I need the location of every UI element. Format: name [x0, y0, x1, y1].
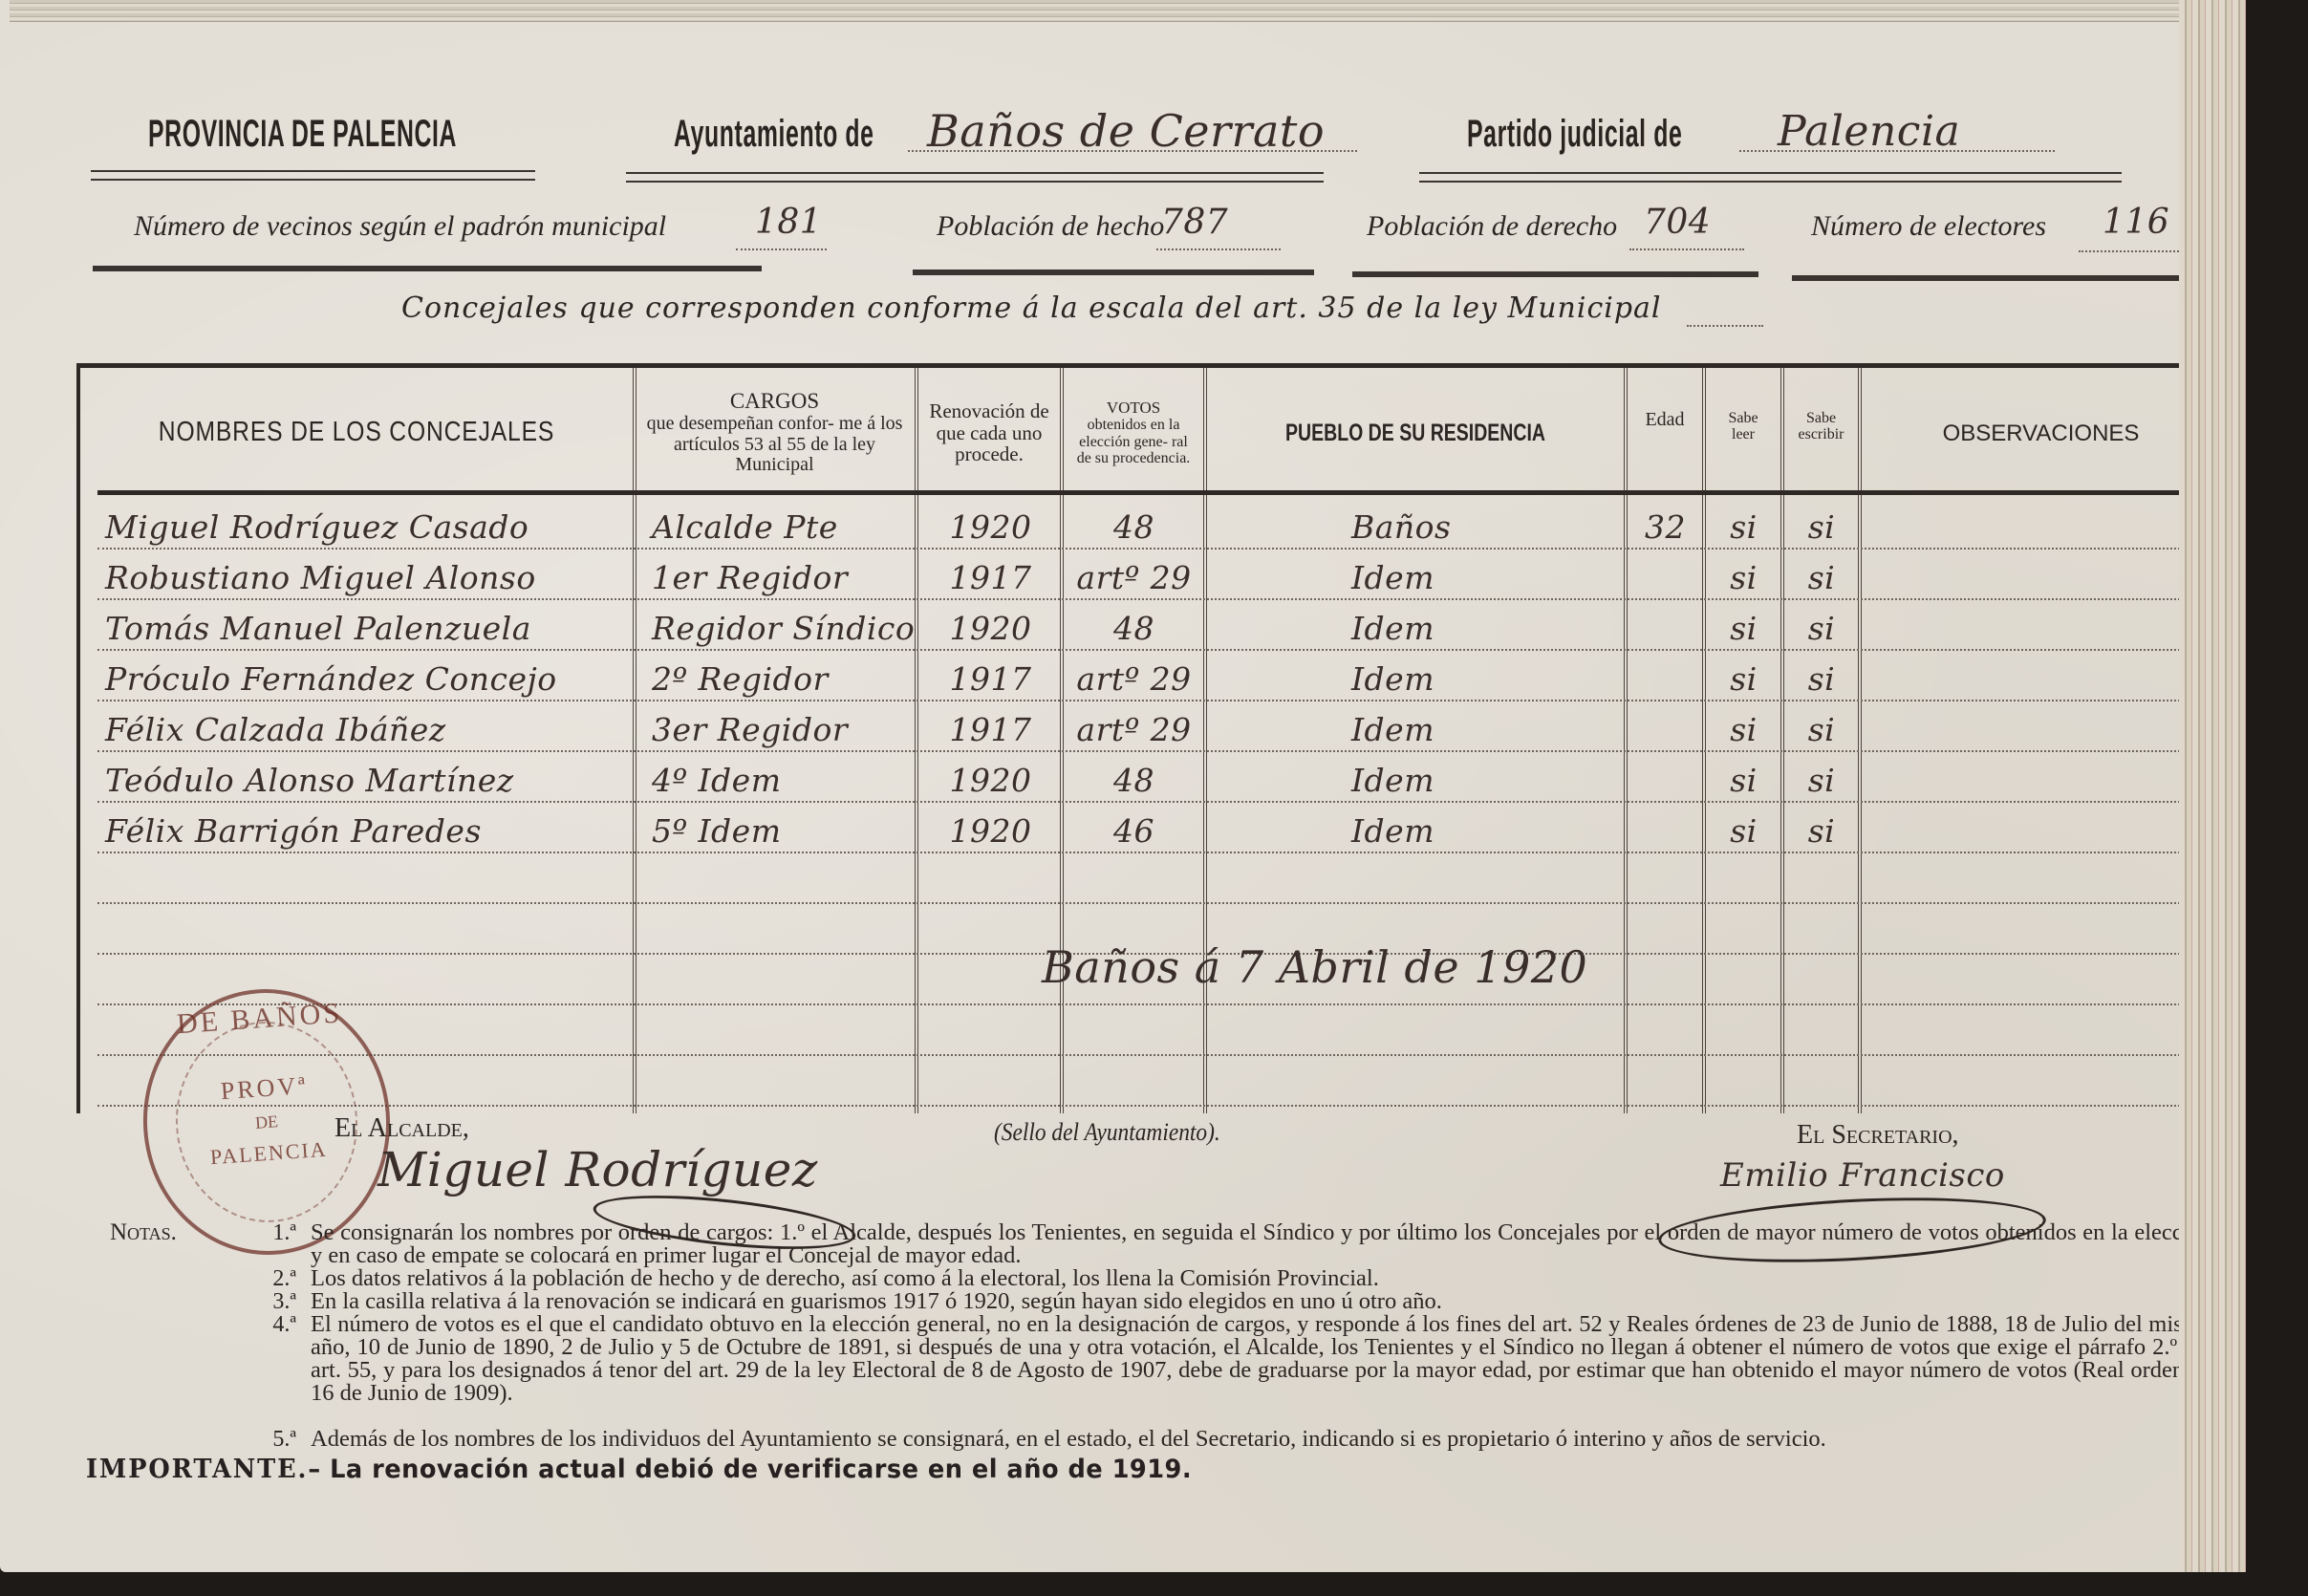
cell-pueblo: Idem — [1208, 549, 1624, 600]
cell-observaciones — [1863, 498, 2216, 550]
column-header-nombres: NOMBRES DE LOS CONCEJALES — [121, 376, 591, 490]
column-header-pueblo: PUEBLO DE SU RESIDENCIA — [1253, 376, 1578, 490]
vecinos-label: Número de vecinos según el padrón munici… — [134, 210, 666, 243]
cell-pueblo: Idem — [1208, 599, 1624, 651]
cell-pueblo: Idem — [1208, 701, 1624, 752]
cell-observaciones — [1863, 599, 2216, 651]
header-divider — [91, 170, 535, 181]
cell-sabe-escribir: si — [1785, 751, 1858, 803]
poblacion-derecho-label: Población de derecho — [1367, 210, 1617, 243]
cell-nombre: Tomás Manuel Palenzuela — [97, 599, 633, 651]
importante-label: IMPORTANTE. — [86, 1455, 308, 1484]
cell-pueblo: Baños — [1208, 498, 1624, 550]
header-divider — [626, 172, 1324, 183]
cell-votos: artº 29 — [1065, 549, 1203, 600]
cell-edad — [1629, 751, 1702, 803]
cell-votos: 48 — [1065, 751, 1203, 803]
cargos-subtitle: que desempeñan confor- me á los artículo… — [646, 414, 904, 476]
table-row: Miguel Rodríguez CasadoAlcalde Pte192048… — [80, 498, 2226, 550]
cell-sabe-escribir: si — [1785, 599, 1858, 651]
cell-edad — [1629, 599, 1702, 651]
column-header-renovacion: Renovación de que cada uno procede. — [918, 376, 1060, 490]
cell-votos: artº 29 — [1065, 650, 1203, 701]
table-row: Tomás Manuel PalenzuelaRegidor Síndico19… — [80, 599, 2226, 651]
cell-sabe-leer: si — [1707, 498, 1780, 550]
poblacion-hecho-field — [1156, 248, 1281, 250]
row-dotted-line — [97, 1105, 2226, 1107]
column-header-votos: VOTOS obtenidos en la elección gene- ral… — [1064, 376, 1203, 490]
sello-label: (Sello del Ayuntamiento). — [994, 1118, 1220, 1147]
cell-sabe-escribir: si — [1785, 549, 1858, 600]
column-header-observaciones: OBSERVACIONES — [1862, 376, 2220, 490]
alcalde-signature: Miguel Rodríguez — [377, 1142, 818, 1197]
stats-divider — [93, 266, 762, 271]
note-number: 5.ª — [258, 1428, 296, 1451]
cell-sabe-leer: si — [1707, 751, 1780, 803]
cell-sabe-leer: si — [1707, 599, 1780, 651]
cell-renovacion: 1917 — [921, 701, 1060, 752]
cell-pueblo: Idem — [1208, 751, 1624, 803]
column-header-edad: Edad — [1628, 376, 1702, 490]
cell-nombre: Próculo Fernández Concejo — [97, 650, 633, 701]
cell-pueblo: Idem — [1208, 650, 1624, 701]
table-row: Robustiano Miguel Alonso1er Regidor1917a… — [80, 549, 2226, 600]
partido-value: Palencia — [1778, 107, 1960, 156]
cell-sabe-leer: si — [1707, 701, 1780, 752]
vecinos-field — [736, 248, 827, 250]
cell-observaciones — [1863, 650, 2216, 701]
scale-title: Concejales que corresponden conforme á l… — [401, 291, 1662, 325]
cell-observaciones — [1863, 549, 2216, 600]
column-header-sabe-leer: Sabe leer — [1706, 376, 1780, 490]
cell-nombre: Teódulo Alonso Martínez — [97, 751, 633, 803]
note-text: Además de los nombres de los individuos … — [311, 1428, 2212, 1451]
stats-divider — [913, 270, 1314, 275]
cell-observaciones — [1863, 701, 2216, 752]
cell-sabe-leer: si — [1707, 802, 1780, 853]
votos-subtitle: obtenidos en la elección gene- ral de su… — [1074, 417, 1194, 466]
cell-nombre: Robustiano Miguel Alonso — [97, 549, 633, 600]
electores-value: 116 — [2103, 203, 2169, 242]
table-row — [80, 1004, 2226, 1056]
note-number: 4.ª — [258, 1313, 296, 1336]
stats-divider — [1792, 275, 2198, 281]
poblacion-hecho-label: Población de hecho — [937, 210, 1164, 243]
cell-edad — [1629, 701, 1702, 752]
column-header-cargos: CARGOS que desempeñan confor- me á los a… — [635, 376, 915, 490]
cell-observaciones — [1863, 802, 2216, 853]
table-row: Próculo Fernández Concejo2º Regidor1917a… — [80, 650, 2226, 701]
header-divider — [1419, 172, 2122, 183]
note-number: 3.ª — [258, 1290, 296, 1313]
cell-observaciones — [1863, 751, 2216, 803]
note-text: En la casilla relativa á la renovación s… — [311, 1290, 2212, 1313]
cell-sabe-escribir: si — [1785, 701, 1858, 752]
cell-sabe-escribir: si — [1785, 650, 1858, 701]
header-separator — [97, 490, 2220, 495]
cell-edad — [1629, 650, 1702, 701]
alcalde-label: El Alcalde, — [334, 1113, 469, 1144]
scale-title-fill — [1687, 325, 1763, 327]
cell-cargo: 4º Idem — [636, 751, 914, 803]
cell-cargo: 2º Regidor — [636, 650, 914, 701]
electores-field — [2079, 250, 2179, 252]
column-header-sabe-escribir: Sabe escribir — [1784, 376, 1858, 490]
stats-divider — [1352, 271, 1758, 277]
cell-nombre: Félix Barrigón Paredes — [97, 802, 633, 853]
table-row: Félix Barrigón Paredes5º Idem192046Idems… — [80, 802, 2226, 853]
cargos-title: CARGOS — [730, 390, 819, 414]
cell-renovacion: 1920 — [921, 498, 1060, 550]
importante-note: IMPORTANTE.– La renovación actual debió … — [86, 1455, 1192, 1484]
cell-renovacion: 1917 — [921, 549, 1060, 600]
partido-label: Partido judicial de — [1467, 113, 1682, 156]
table-row — [80, 852, 2226, 904]
cell-cargo: 1er Regidor — [636, 549, 914, 600]
cell-pueblo: Idem — [1208, 802, 1624, 853]
note-text: Se consignarán los nombres por orden de … — [311, 1221, 2212, 1267]
cell-renovacion: 1917 — [921, 650, 1060, 701]
document-page: PROVINCIA DE PALENCIA Ayuntamiento de Ba… — [0, 0, 2246, 1572]
date-line: Baños á 7 Abril de 1920 — [1042, 941, 1587, 993]
poblacion-derecho-value: 704 — [1644, 203, 1711, 242]
note-number: 1.ª — [258, 1221, 296, 1244]
vecinos-value: 181 — [755, 203, 822, 242]
cell-edad — [1629, 802, 1702, 853]
notes-label: Notas. — [110, 1221, 177, 1244]
book-page-edges — [2179, 0, 2246, 1572]
cell-votos: 48 — [1065, 498, 1203, 550]
page-top-edge — [10, 0, 2246, 22]
cell-edad — [1629, 549, 1702, 600]
cell-nombre: Miguel Rodríguez Casado — [97, 498, 633, 550]
table-row: Félix Calzada Ibáñez3er Regidor1917artº … — [80, 701, 2226, 752]
cell-cargo: 3er Regidor — [636, 701, 914, 752]
cell-sabe-leer: si — [1707, 650, 1780, 701]
note-text: El número de votos es el que el candidat… — [311, 1313, 2212, 1405]
cell-votos: 48 — [1065, 599, 1203, 651]
electores-label: Número de electores — [1811, 210, 2046, 243]
cell-edad: 32 — [1629, 498, 1702, 550]
cell-votos: artº 29 — [1065, 701, 1203, 752]
cell-sabe-escribir: si — [1785, 498, 1858, 550]
cell-renovacion: 1920 — [921, 599, 1060, 651]
cell-sabe-escribir: si — [1785, 802, 1858, 853]
importante-text: – La renovación actual debió de verifica… — [308, 1455, 1192, 1484]
note-text: Los datos relativos á la población de he… — [311, 1267, 2212, 1290]
secretario-signature: Emilio Francisco — [1720, 1156, 2005, 1195]
secretario-label: El Secretario, — [1797, 1120, 1959, 1151]
cell-nombre: Félix Calzada Ibáñez — [97, 701, 633, 752]
province-title: PROVINCIA DE PALENCIA — [148, 113, 457, 156]
cell-votos: 46 — [1065, 802, 1203, 853]
poblacion-derecho-field — [1629, 248, 1744, 250]
cell-cargo: Regidor Síndico — [636, 599, 914, 651]
votos-title: VOTOS — [1107, 399, 1160, 417]
ayuntamiento-label: Ayuntamiento de — [674, 113, 874, 156]
note-number: 2.ª — [258, 1267, 296, 1290]
cell-cargo: Alcalde Pte — [636, 498, 914, 550]
table-row: Teódulo Alonso Martínez4º Idem192048Idem… — [80, 751, 2226, 803]
cell-renovacion: 1920 — [921, 751, 1060, 803]
cell-renovacion: 1920 — [921, 802, 1060, 853]
cell-sabe-leer: si — [1707, 549, 1780, 600]
poblacion-hecho-value: 787 — [1161, 203, 1228, 242]
concejales-table: NOMBRES DE LOS CONCEJALES CARGOS que des… — [76, 363, 2232, 1113]
ayuntamiento-value: Baños de Cerrato — [927, 105, 1325, 157]
table-row — [80, 1055, 2226, 1107]
cell-cargo: 5º Idem — [636, 802, 914, 853]
